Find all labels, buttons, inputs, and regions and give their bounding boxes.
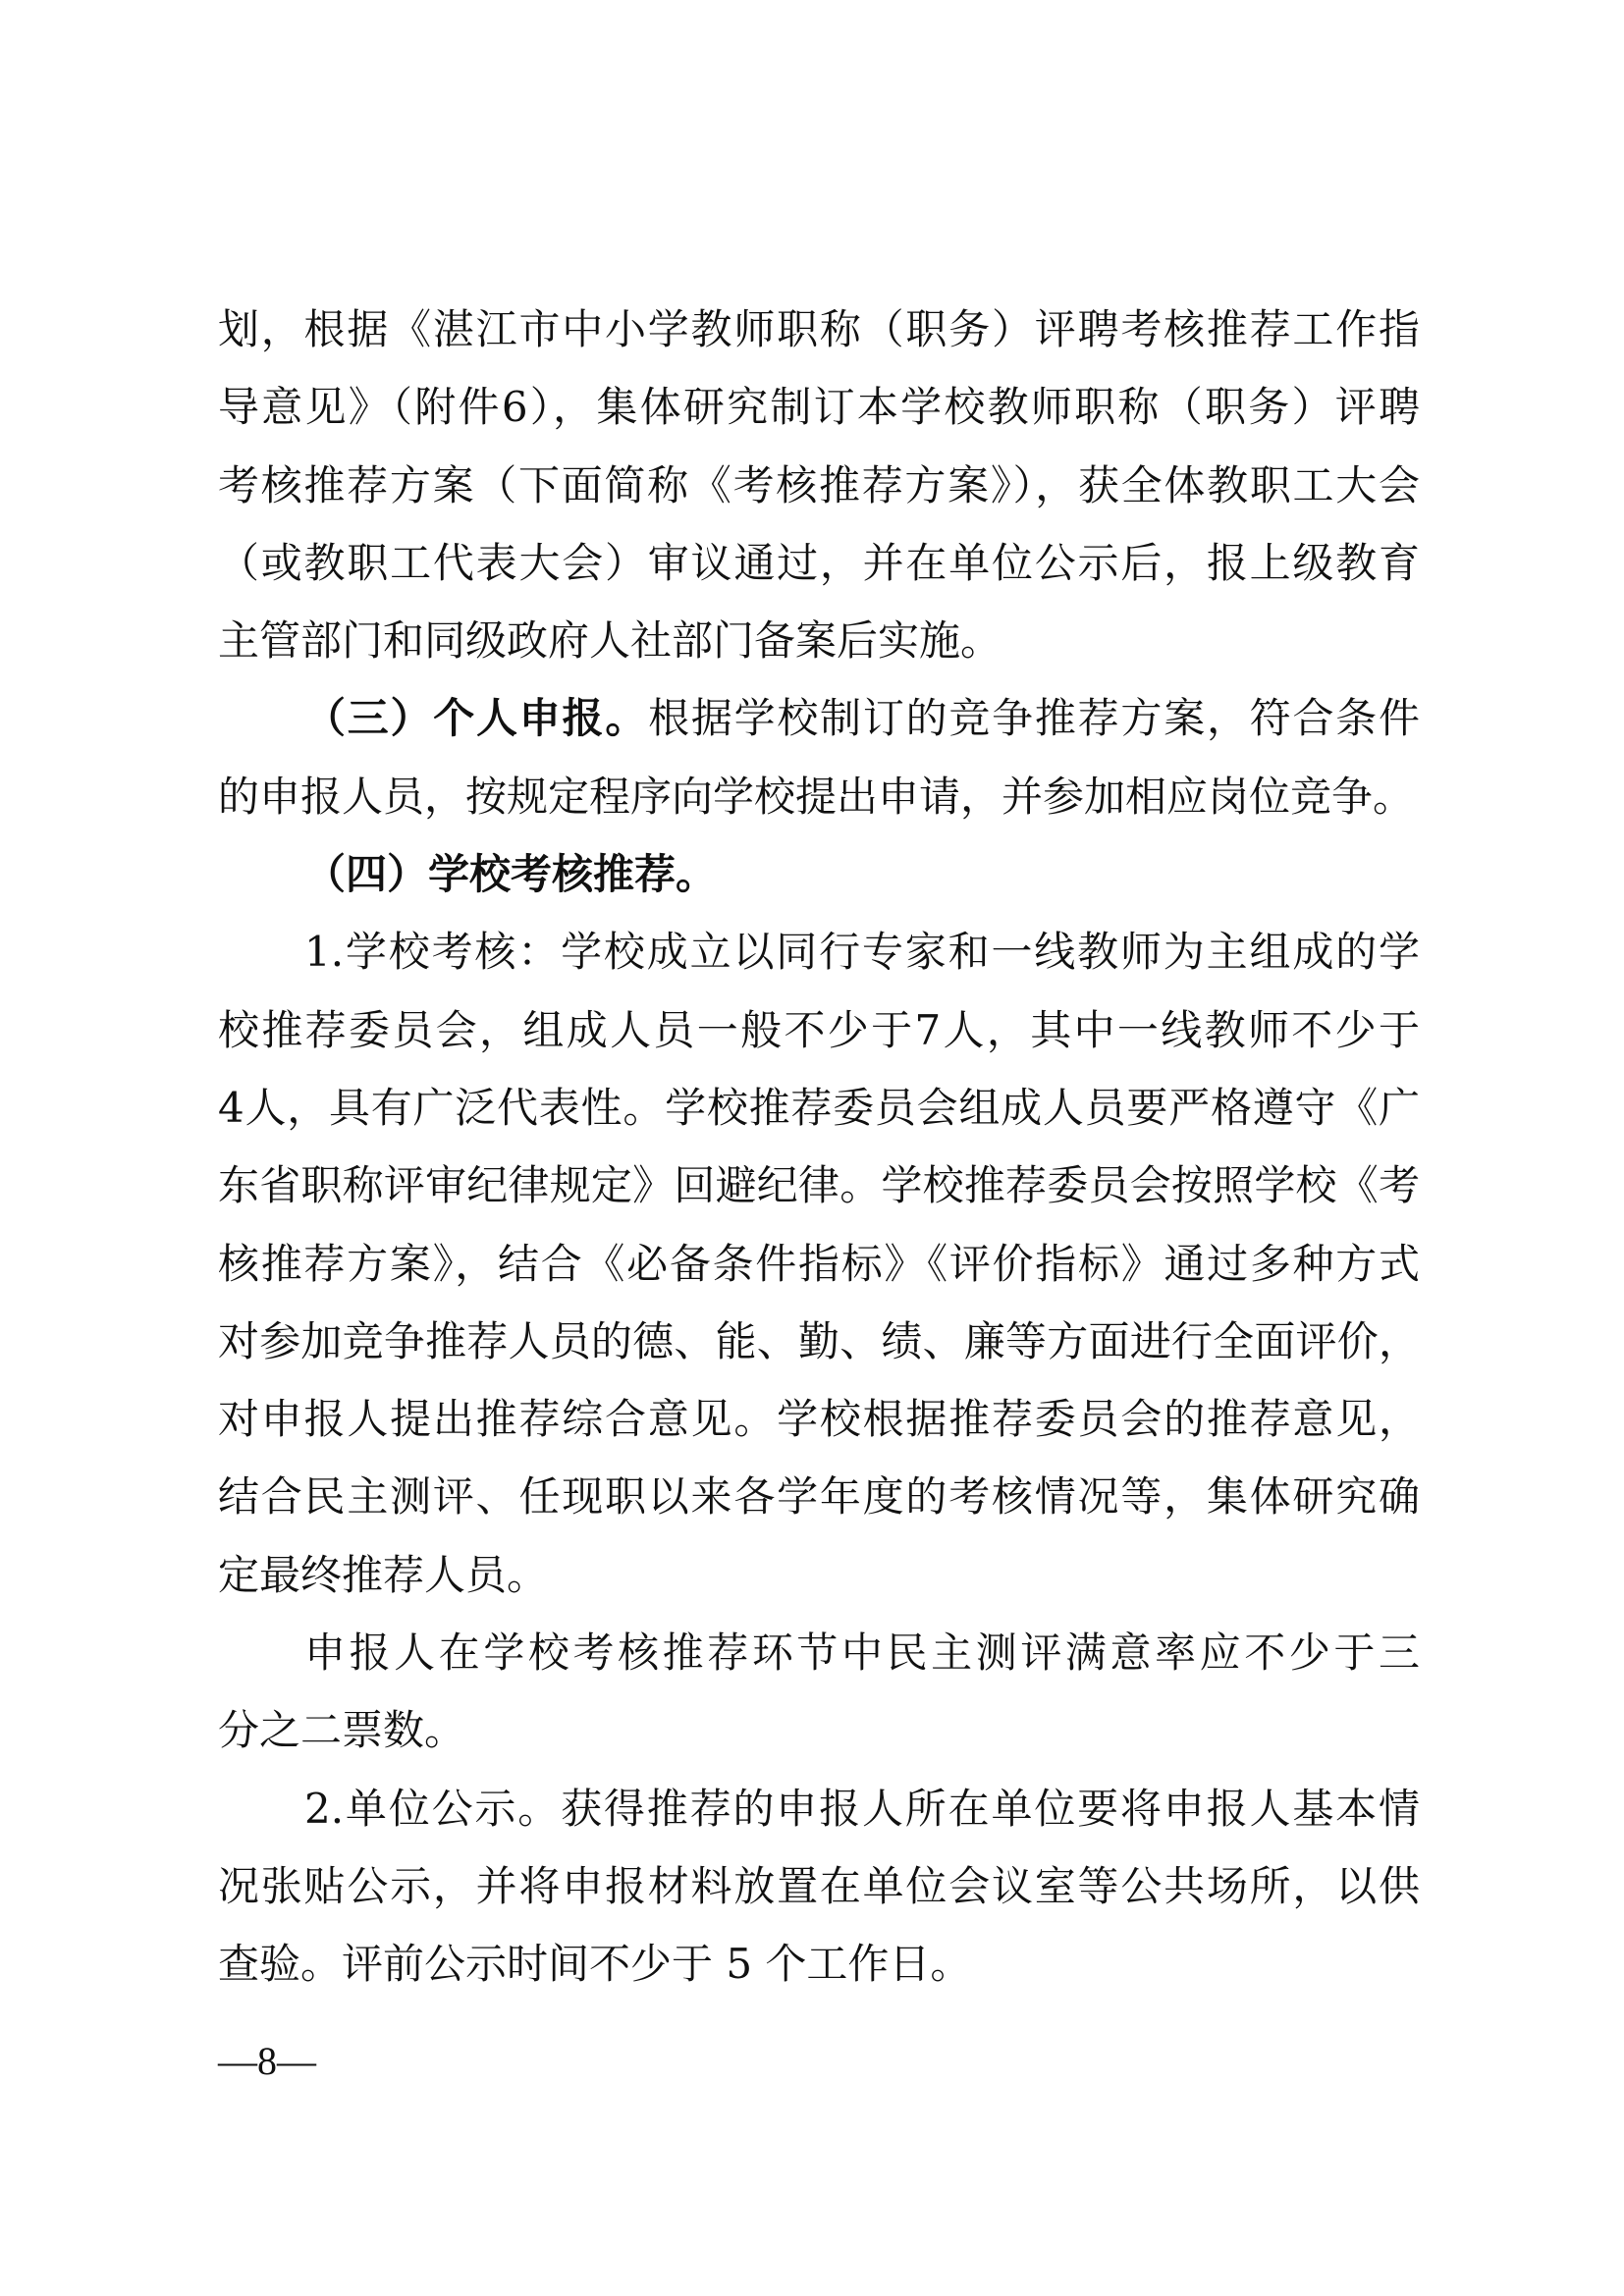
page-number: —8— — [218, 2040, 316, 2083]
text-line: 查验。评前公示时间不少于 5 个工作日。 — [218, 1925, 1420, 2002]
line-text: 主管部门和同级政府人社部门备案后实施。 — [218, 616, 1001, 665]
text-line: （或教职工代表大会）审议通过，并在单位公示后，报上级教育 — [218, 524, 1420, 602]
line-text: 核推荐方案》，结合《必备条件指标》《评价指标》通过多种方式 — [218, 1240, 1420, 1288]
line-text: 东省职称评审纪律规定》回避纪律。学校推荐委员会按照学校《考 — [218, 1161, 1420, 1209]
line-text: 1.学校考核：学校成立以同行专家和一线教师为主组成的学 — [304, 928, 1420, 976]
body-text: 划，根据《湛江市中小学教师职称（职务）评聘考核推荐工作指 导意见》（附件6），集… — [218, 291, 1420, 2003]
line-text: 定最终推荐人员。 — [218, 1551, 548, 1599]
text-line: 导意见》（附件6），集体研究制订本学校教师职称（职务）评聘 — [218, 368, 1420, 446]
text-line: 对参加竞争推荐人员的德、能、勤、绩、廉等方面进行全面评价， — [218, 1303, 1420, 1380]
text-line: 考核推荐方案（下面简称《考核推荐方案》），获全体教职工大会 — [218, 447, 1420, 524]
section-heading-3: （三）个人申报。 — [304, 694, 648, 742]
text-line: 结合民主测评、任现职以来各学年度的考核情况等，集体研究确 — [218, 1458, 1420, 1535]
line-text: 查验。评前公示时间不少于 5 个工作日。 — [218, 1940, 971, 1988]
line-text: 对参加竞争推荐人员的德、能、勤、绩、廉等方面进行全面评价， — [218, 1317, 1420, 1365]
line-text: 的申报人员，按规定程序向学校提出申请，并参加相应岗位竞争。 — [218, 773, 1414, 821]
section-heading-line: （四）学校考核推荐。 — [218, 835, 1420, 913]
text-line: 校推荐委员会，组成人员一般不少于7人，其中一线教师不少于 — [218, 991, 1420, 1069]
line-text: 结合民主测评、任现职以来各学年度的考核情况等，集体研究确 — [218, 1472, 1420, 1521]
line-text: 况张贴公示，并将申报材料放置在单位会议室等公共场所，以供 — [218, 1862, 1420, 1910]
line-text: 根据学校制订的竞争推荐方案，符合条件 — [648, 694, 1420, 742]
line-text: 2.单位公示。获得推荐的申报人所在单位要将申报人基本情 — [304, 1785, 1420, 1833]
text-line: 申报人在学校考核推荐环节中民主测评满意率应不少于三 — [218, 1614, 1420, 1691]
text-line: 分之二票数。 — [218, 1691, 1420, 1769]
line-text: 分之二票数。 — [218, 1706, 465, 1754]
document-page: 划，根据《湛江市中小学教师职称（职务）评聘考核推荐工作指 导意见》（附件6），集… — [0, 0, 1624, 2296]
line-text: 申报人在学校考核推荐环节中民主测评满意率应不少于三 — [304, 1629, 1420, 1677]
text-line: 主管部门和同级政府人社部门备案后实施。 — [218, 602, 1420, 679]
line-text: 校推荐委员会，组成人员一般不少于7人，其中一线教师不少于 — [218, 1006, 1420, 1054]
text-line: 定最终推荐人员。 — [218, 1536, 1420, 1614]
line-text: 考核推荐方案（下面简称《考核推荐方案》），获全体教职工大会 — [218, 461, 1420, 509]
section-heading-line: （三）个人申报。根据学校制订的竞争推荐方案，符合条件 — [218, 679, 1420, 757]
text-line: 的申报人员，按规定程序向学校提出申请，并参加相应岗位竞争。 — [218, 758, 1420, 835]
line-text: 对申报人提出推荐综合意见。学校根据推荐委员会的推荐意见， — [218, 1395, 1420, 1443]
text-line: 1.学校考核：学校成立以同行专家和一线教师为主组成的学 — [218, 913, 1420, 990]
line-text: 导意见》（附件6），集体研究制订本学校教师职称（职务）评聘 — [218, 383, 1420, 431]
line-text: 4人，具有广泛代表性。学校推荐委员会组成人员要严格遵守《广 — [218, 1084, 1420, 1132]
text-line: 划，根据《湛江市中小学教师职称（职务）评聘考核推荐工作指 — [218, 291, 1420, 368]
text-line: 2.单位公示。获得推荐的申报人所在单位要将申报人基本情 — [218, 1770, 1420, 1847]
text-line: 核推荐方案》，结合《必备条件指标》《评价指标》通过多种方式 — [218, 1225, 1420, 1303]
line-text: 划，根据《湛江市中小学教师职称（职务）评聘考核推荐工作指 — [218, 305, 1420, 353]
text-line: 4人，具有广泛代表性。学校推荐委员会组成人员要严格遵守《广 — [218, 1069, 1420, 1147]
text-line: 东省职称评审纪律规定》回避纪律。学校推荐委员会按照学校《考 — [218, 1147, 1420, 1224]
text-line: 对申报人提出推荐综合意见。学校根据推荐委员会的推荐意见， — [218, 1380, 1420, 1458]
text-line: 况张贴公示，并将申报材料放置在单位会议室等公共场所，以供 — [218, 1847, 1420, 1925]
section-heading-4: （四）学校考核推荐。 — [304, 850, 717, 898]
line-text: （或教职工代表大会）审议通过，并在单位公示后，报上级教育 — [218, 539, 1420, 587]
